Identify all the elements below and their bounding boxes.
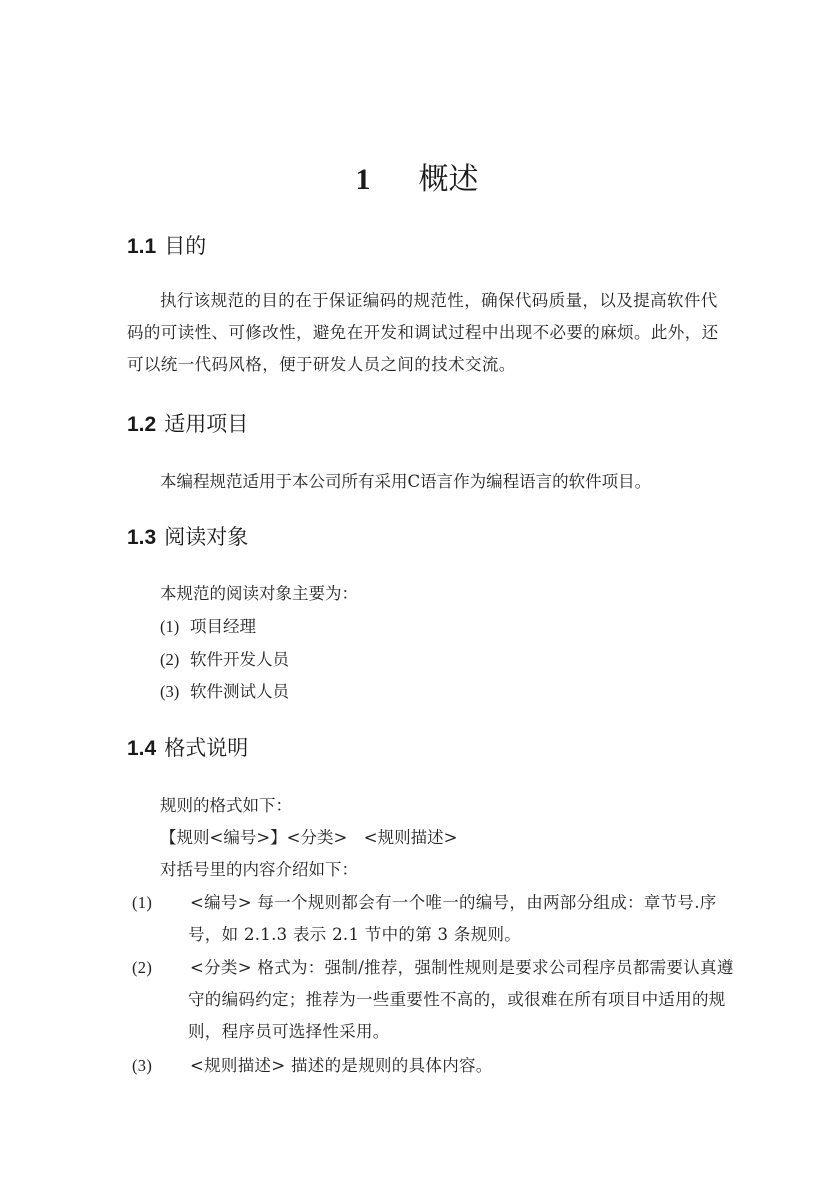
chapter-number: 1 (356, 163, 371, 196)
list-item: (2)<分类> 格式为：强制/推荐，强制性规则是要求公司程序员都需要认真遵守的编… (160, 952, 748, 1048)
section-heading-1-4: 1.4格式说明 (127, 733, 248, 764)
list-item-text: <编号> 每一个规则都会有一个唯一的编号，由两部分组成：章节号.序号，如 2.1… (188, 893, 717, 944)
section-number: 1.3 (127, 526, 156, 549)
list-item-number: (2) (160, 644, 190, 676)
section-1-2-paragraph: 本编程规范适用于本公司所有采用C语言作为编程语言的软件项目。 (160, 466, 651, 498)
section-1-3-intro: 本规范的阅读对象主要为： (160, 578, 358, 610)
section-heading-1-2: 1.2适用项目 (127, 409, 248, 440)
list-item-number: (1) (160, 611, 190, 643)
list-item-number: (3) (160, 1050, 190, 1082)
list-item-text: 软件开发人员 (190, 650, 289, 669)
section-heading-1-3: 1.3阅读对象 (127, 522, 248, 553)
section-number: 1.1 (127, 235, 156, 258)
rule-format-line: 【规则<编号>】<分类> <规则描述> (160, 822, 457, 854)
list-item: (3)<规则描述> 描述的是规则的具体内容。 (160, 1050, 748, 1082)
list-item: (1)<编号> 每一个规则都会有一个唯一的编号，由两部分组成：章节号.序号，如 … (160, 887, 748, 951)
list-item-text: 软件测试人员 (190, 682, 289, 701)
section-1-1-paragraph: 执行该规范的目的在于保证编码的规范性，确保代码质量，以及提高软件代码的可读性、可… (127, 285, 719, 381)
section-1-4-intro: 规则的格式如下： (160, 790, 292, 822)
chapter-title: 概述 (419, 162, 479, 197)
list-item-number: (3) (160, 676, 190, 708)
section-title: 目的 (164, 234, 206, 258)
section-title: 适用项目 (164, 412, 248, 436)
section-title: 阅读对象 (164, 525, 248, 549)
chapter-heading: 1概述 (0, 160, 834, 200)
section-number: 1.4 (127, 737, 156, 760)
list-item-text: <规则描述> 描述的是规则的具体内容。 (190, 1056, 493, 1075)
section-number: 1.2 (127, 413, 156, 436)
section-title: 格式说明 (164, 736, 248, 760)
list-item-text: <分类> 格式为：强制/推荐，强制性规则是要求公司程序员都需要认真遵守的编码约定… (188, 958, 734, 1041)
list-item: (1)项目经理 (160, 611, 256, 643)
list-item: (2)软件开发人员 (160, 644, 289, 676)
section-heading-1-1: 1.1目的 (127, 231, 206, 262)
list-item: (3)软件测试人员 (160, 676, 289, 708)
list-item-number: (2) (160, 952, 190, 984)
list-item-number: (1) (160, 887, 190, 919)
list-item-text: 项目经理 (190, 617, 256, 636)
section-1-4-intro2: 对括号里的内容介绍如下： (160, 854, 358, 886)
